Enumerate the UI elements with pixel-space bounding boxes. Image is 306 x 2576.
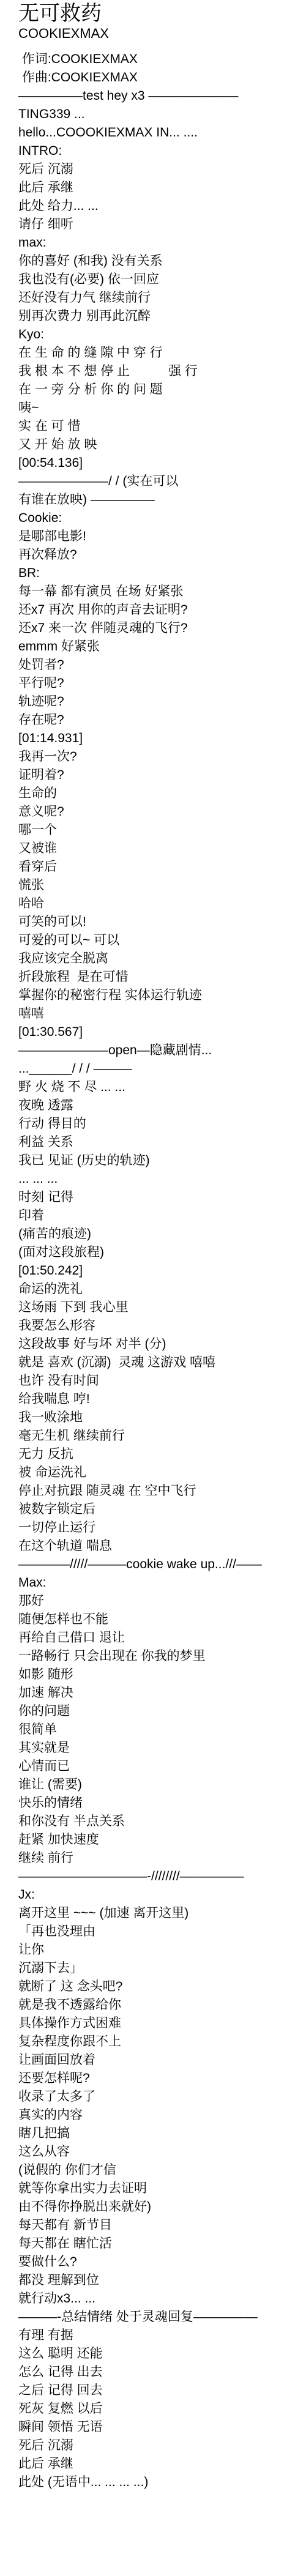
lyric-line: 瞎几把搞 xyxy=(18,2124,300,2143)
lyric-line: 存在呢? xyxy=(18,711,300,729)
lyric-line: 有谁在放映) ————— xyxy=(18,491,300,509)
lyric-line: 都没 理解到位 xyxy=(18,2271,300,2290)
lyric-line: 意义呢? xyxy=(18,803,300,821)
lyric-line: 复杂程度你跟不上 xyxy=(18,2033,300,2051)
lyric-line: max: xyxy=(18,234,300,252)
lyric-line: 此处 给力... ... xyxy=(18,197,300,215)
lyric-line: 被 命运洗礼 xyxy=(18,1464,300,1482)
lyric-line: 谁让 (需要) xyxy=(18,1776,300,1794)
lyric-line: 「再也没理由 xyxy=(18,1923,300,1941)
page-artist: COOKIEXMAX xyxy=(18,26,300,42)
lyric-line: 就断了 这 念头吧? xyxy=(18,1978,300,1996)
lyric-line: 是哪部电影! xyxy=(18,527,300,546)
lyric-line: 就等你拿出实力去证明 xyxy=(18,2180,300,2198)
lyric-line: 可爱的可以~ 可以 xyxy=(18,931,300,950)
lyric-line: 这么从容 xyxy=(18,2143,300,2161)
lyric-line: BR: xyxy=(18,564,300,583)
lyric-line: ———————/ / (实在可以 xyxy=(18,472,300,491)
lyric-line: 再给自己借口 退让 xyxy=(18,1629,300,1647)
lyric-line: hello...COOOKIEXMAX IN... .... xyxy=(18,124,300,142)
lyric-line: 之后 记得 回去 xyxy=(18,2381,300,2400)
lyric-line: 在这个轨道 喘息 xyxy=(18,1537,300,1555)
lyric-line: 离开这里 ~~~ (加速 离开这里) xyxy=(18,1904,300,1923)
lyric-line: 怎么 记得 出去 xyxy=(18,2363,300,2381)
lyric-line: —————test hey x3 ——————— xyxy=(18,87,300,105)
lyric-line: 此后 承继 xyxy=(18,179,300,197)
lyric-line: 我 根 本 不 想 停 止 强 行 xyxy=(18,362,300,381)
lyrics: 作词:COOKIEXMAX 作曲:COOKIEXMAX—————test hey… xyxy=(18,50,300,2492)
lyric-line: [01:30.567] xyxy=(18,1023,300,1041)
lyric-line: 实 在 可 惜 xyxy=(18,417,300,436)
lyric-line: 印着 xyxy=(18,1207,300,1225)
lyric-line: 和你没有 半点关系 xyxy=(18,1812,300,1831)
lyric-line: 此处 (无语中... ... ... ...) xyxy=(18,2473,300,2492)
lyric-line: [01:14.931] xyxy=(18,729,300,748)
lyric-line: 瞬间 领悟 无语 xyxy=(18,2418,300,2436)
lyric-line: ... ... ... xyxy=(18,1170,300,1188)
lyric-line: emmm 好紧张 xyxy=(18,638,300,656)
lyric-line: 还好没有力气 继续前行 xyxy=(18,289,300,307)
lyric-line: 每天都有 新节目 xyxy=(18,2216,300,2235)
lyric-line: 我一败涂地 xyxy=(18,1409,300,1427)
lyric-line: 平行呢? xyxy=(18,674,300,693)
lyric-line: 我也没有(必要) 依一回应 xyxy=(18,270,300,289)
lyric-line: 作词:COOKIEXMAX xyxy=(18,50,300,69)
lyric-line: 掌握你的秘密行程 实体运行轨迹 xyxy=(18,986,300,1005)
lyric-line: 加速 解决 xyxy=(18,1684,300,1702)
lyric-line: 赶紧 加快速度 xyxy=(18,1831,300,1849)
lyric-line: 那好 xyxy=(18,1592,300,1610)
lyric-line: 作曲:COOKIEXMAX xyxy=(18,69,300,87)
lyric-line: Max: xyxy=(18,1574,300,1592)
lyric-line: 其实就是 xyxy=(18,1739,300,1757)
lyric-line: Jx: xyxy=(18,1886,300,1904)
lyric-line: 此后 承继 xyxy=(18,2455,300,2473)
lyric-line: 还要怎样呢? xyxy=(18,2069,300,2088)
lyric-line: 在 一 旁 分 析 你 的 问 题 xyxy=(18,381,300,399)
lyric-line: ———-总结情绪 处于灵魂回复————— xyxy=(18,2308,300,2326)
lyric-line: 要做什么? xyxy=(18,2253,300,2271)
lyric-line: 也许 没有时间 xyxy=(18,1372,300,1390)
lyric-line: 如影 随形 xyxy=(18,1666,300,1684)
lyric-line: 在 生 命 的 缝 隙 中 穿 行 xyxy=(18,344,300,362)
lyric-line: 咦~ xyxy=(18,399,300,417)
lyric-line: 死后 沉溺 xyxy=(18,160,300,179)
lyric-line: 给我喘息 哼! xyxy=(18,1390,300,1409)
lyric-line: (说假的 你们才信 xyxy=(18,2161,300,2180)
lyric-line: 一切停止运行 xyxy=(18,1519,300,1537)
lyric-line: (痛苦的痕迹) xyxy=(18,1225,300,1243)
lyric-line: 继续 前行 xyxy=(18,1849,300,1867)
lyric-line: 真实的内容 xyxy=(18,2106,300,2124)
lyric-line: 很简单 xyxy=(18,1721,300,1739)
lyric-line: 哪一个 xyxy=(18,821,300,839)
lyric-line: 野 火 烧 不 尽 ... ... xyxy=(18,1078,300,1096)
lyric-line: 就是我不透露给你 xyxy=(18,1996,300,2014)
lyric-line: 具体操作方式困难 xyxy=(18,2014,300,2033)
lyric-line: INTRO: xyxy=(18,142,300,160)
lyric-line: 无力 反抗 xyxy=(18,1445,300,1464)
lyric-line: TING339 ... xyxy=(18,105,300,124)
lyric-line: (面对这段旅程) xyxy=(18,1243,300,1262)
lyric-line: 还x7 来一次 伴随灵魂的飞行? xyxy=(18,619,300,638)
lyric-line: 一路畅行 只会出现在 你我的梦里 xyxy=(18,1647,300,1666)
lyric-line: 行动 得目的 xyxy=(18,1115,300,1133)
lyric-line: 每一幕 都有演员 在场 好紧张 xyxy=(18,583,300,601)
lyric-line: 你的喜好 (和我) 没有关系 xyxy=(18,252,300,270)
lyric-line: 我已 见证 (历史的轨迹) xyxy=(18,1152,300,1170)
lyric-line: 我要怎么形容 xyxy=(18,1317,300,1335)
lyric-line: 别再次费力 别再此沉醉 xyxy=(18,307,300,326)
lyric-line: 有理 有据 xyxy=(18,2326,300,2345)
lyric-line: 这么 聪明 还能 xyxy=(18,2345,300,2363)
lyric-line: 收录了太多了 xyxy=(18,2088,300,2106)
lyric-line: [01:50.242] xyxy=(18,1262,300,1280)
lyric-line: 命运的洗礼 xyxy=(18,1280,300,1298)
lyric-line: 又 开 始 放 映 xyxy=(18,436,300,454)
lyric-line: 生命的 xyxy=(18,784,300,803)
lyric-line: 这段故事 好与坏 对半 (分) xyxy=(18,1335,300,1353)
lyric-line: ————/////———cookie wake up...///—— xyxy=(18,1555,300,1574)
lyric-line: 死灰 复燃 以后 xyxy=(18,2400,300,2418)
lyric-line: 我再一次? xyxy=(18,748,300,766)
lyric-line: ...______/ / / ——— xyxy=(18,1060,300,1078)
lyric-line: 慌张 xyxy=(18,876,300,895)
lyric-line: 还x7 再次 用你的声音去证明? xyxy=(18,601,300,619)
lyric-line: Kyo: xyxy=(18,326,300,344)
lyric-line: 我应该完全脱离 xyxy=(18,950,300,968)
lyric-line: 夜晚 透露 xyxy=(18,1096,300,1115)
lyric-line: 证明着? xyxy=(18,766,300,784)
lyric-line: 快乐的情绪 xyxy=(18,1794,300,1812)
page-title: 无可救药 xyxy=(18,1,300,26)
lyric-line: 可笑的可以! xyxy=(18,913,300,931)
lyric-line: 让你 xyxy=(18,1941,300,1959)
lyric-line: 处罚者? xyxy=(18,656,300,674)
lyric-line: 再次释放? xyxy=(18,546,300,564)
lyric-line: 又被谁 xyxy=(18,839,300,858)
lyric-line: 死后 沉溺 xyxy=(18,2436,300,2455)
lyric-line: 看穿后 xyxy=(18,858,300,876)
lyric-line: 每天都在 瞎忙活 xyxy=(18,2235,300,2253)
lyric-line: 嘻嘻 xyxy=(18,1005,300,1023)
lyric-line: 沉溺下去」 xyxy=(18,1959,300,1978)
lyric-line: Cookie: xyxy=(18,509,300,527)
lyric-line: 利益 关系 xyxy=(18,1133,300,1152)
lyric-line: ——————————-////////————— xyxy=(18,1867,300,1886)
lyric-line: 由不得你挣脱出来就好) xyxy=(18,2198,300,2216)
lyric-line: 停止对抗跟 随灵魂 在 空中飞行 xyxy=(18,1482,300,1500)
lyrics-page: 无可救药 COOKIEXMAX 作词:COOKIEXMAX 作曲:COOKIEX… xyxy=(0,0,306,2576)
lyric-line: 心情而已 xyxy=(18,1757,300,1776)
lyric-line: 让画面回放着 xyxy=(18,2051,300,2069)
lyric-line: 被数字锁定后 xyxy=(18,1500,300,1519)
lyric-line: 哈哈 xyxy=(18,895,300,913)
lyric-line: 请仔 细听 xyxy=(18,215,300,234)
lyric-line: 就行动x3... ... xyxy=(18,2290,300,2308)
lyric-line: 这场雨 下到 我心里 xyxy=(18,1298,300,1317)
lyric-line: 折段旅程 是在可惜 xyxy=(18,968,300,986)
lyric-line: 你的问题 xyxy=(18,1702,300,1721)
lyric-line: [00:54.136] xyxy=(18,454,300,472)
lyric-line: 轨迹呢? xyxy=(18,693,300,711)
lyric-line: 时刻 记得 xyxy=(18,1188,300,1207)
lyric-line: 随便怎样也不能 xyxy=(18,1610,300,1629)
lyric-line: 就是 喜欢 (沉溺) 灵魂 这游戏 嘻嘻 xyxy=(18,1353,300,1372)
lyric-line: ———————open—隐藏剧情... xyxy=(18,1041,300,1060)
lyric-line: 毫无生机 继续前行 xyxy=(18,1427,300,1445)
